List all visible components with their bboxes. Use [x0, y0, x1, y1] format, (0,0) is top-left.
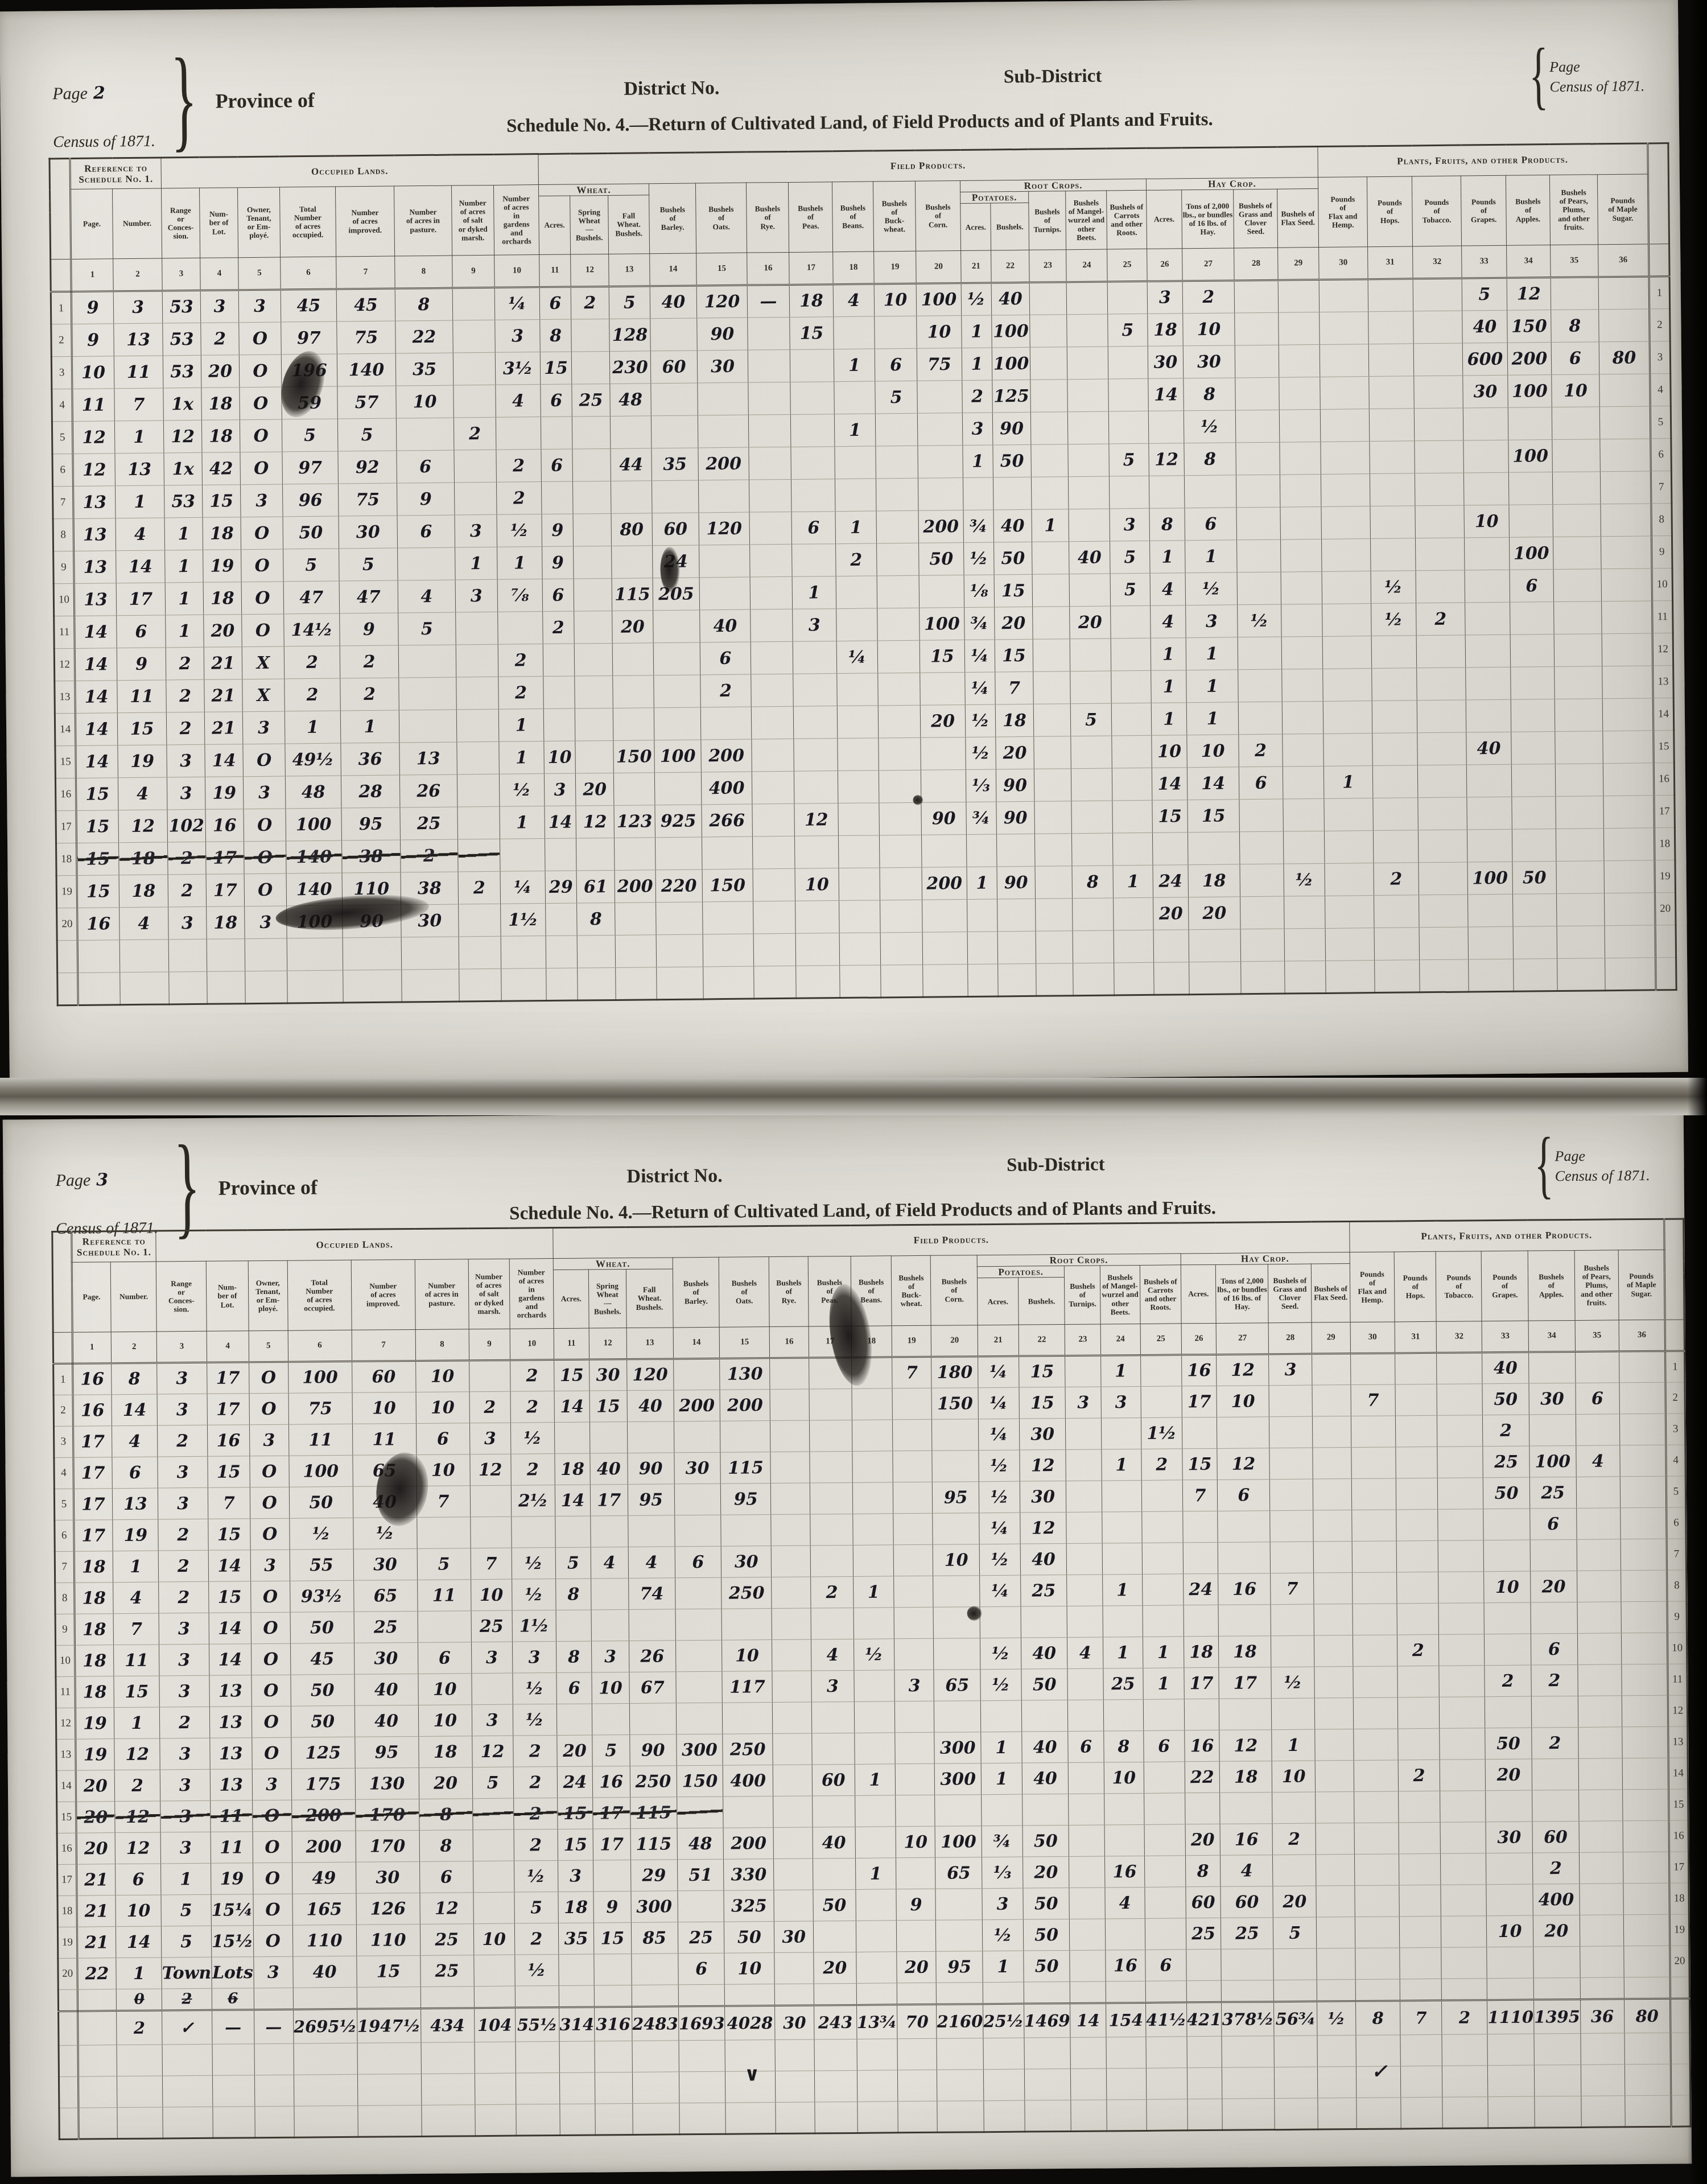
- data-cell: 2: [458, 871, 501, 904]
- data-cell: 97: [282, 451, 339, 484]
- data-cell: [813, 1795, 855, 1827]
- data-cell: [921, 835, 967, 868]
- data-cell: 2: [469, 1391, 510, 1423]
- empty-cell: [1326, 961, 1375, 994]
- data-cell: ½: [980, 1669, 1021, 1701]
- data-cell: 1: [981, 1763, 1022, 1795]
- data-cell: [1486, 1853, 1533, 1885]
- data-cell: [654, 675, 701, 708]
- data-cell: 7: [1182, 1480, 1218, 1511]
- data-cell: 3: [160, 1832, 211, 1864]
- data-cell: 30: [354, 1642, 418, 1674]
- data-cell: [774, 1952, 814, 1984]
- data-cell: [1439, 1697, 1485, 1729]
- page-seam: [0, 1078, 1707, 1115]
- data-cell: [1351, 1447, 1396, 1479]
- row-number: 15: [1669, 1789, 1688, 1820]
- total-cell: 434: [420, 2008, 475, 2043]
- data-cell: [1556, 861, 1605, 894]
- data-cell: [1441, 1853, 1486, 1885]
- data-cell: 11: [211, 1832, 253, 1864]
- data-cell: 200: [615, 870, 656, 903]
- column-number-1: 1: [71, 259, 114, 292]
- data-cell: [1101, 1417, 1141, 1449]
- data-cell: 1: [792, 576, 836, 609]
- data-cell: [1463, 440, 1509, 473]
- data-cell: 1: [1186, 637, 1238, 670]
- data-cell: [472, 1798, 513, 1830]
- data-cell: 20: [419, 1767, 473, 1799]
- empty-cell: [1487, 2034, 1534, 2066]
- data-cell: 200: [292, 1831, 356, 1862]
- data-cell: 2: [166, 679, 205, 712]
- data-cell: [1553, 504, 1601, 537]
- ink-blot: [913, 795, 923, 805]
- scribble-cell: [774, 1984, 814, 2006]
- data-cell: [852, 1482, 893, 1514]
- empty-cell: [937, 2101, 984, 2133]
- data-cell: 65: [935, 1857, 982, 1889]
- data-cell: [1221, 1949, 1273, 1981]
- data-cell: [399, 677, 457, 710]
- corner-page-label: Page: [1555, 1148, 1585, 1164]
- column-header-24: Bushels of Mangel- wurzel and other Beet…: [1100, 1265, 1140, 1324]
- data-cell: [1102, 1480, 1142, 1512]
- data-cell: 1: [497, 547, 543, 580]
- data-cell: ½: [1185, 572, 1238, 605]
- data-cell: ¾: [982, 1826, 1022, 1857]
- data-cell: [917, 413, 963, 446]
- data-cell: [1317, 1948, 1355, 1980]
- empty-cell: [616, 967, 657, 1000]
- data-cell: 3: [157, 1394, 207, 1425]
- data-cell: 9: [896, 1889, 935, 1921]
- data-cell: 5: [875, 381, 918, 414]
- data-cell: [1279, 410, 1321, 443]
- column-header-page: Page.: [70, 189, 113, 259]
- data-cell: 10: [917, 316, 962, 349]
- column-header-32: Pounds of Tobacco.: [1436, 1251, 1482, 1322]
- data-cell: [934, 1638, 980, 1670]
- data-cell: [1622, 1726, 1669, 1758]
- data-cell: O: [252, 1737, 291, 1769]
- data-cell: [1554, 601, 1602, 634]
- data-cell: [556, 1610, 591, 1641]
- province-label: Province of: [218, 1175, 318, 1200]
- data-cell: [1144, 1824, 1185, 1856]
- data-cell: 3: [982, 1888, 1023, 1920]
- empty-cell: [1106, 2037, 1147, 2068]
- data-cell: [454, 450, 497, 483]
- empty-cell: [1605, 958, 1656, 991]
- row-number: 6: [1667, 1507, 1686, 1539]
- data-cell: [1145, 1887, 1186, 1919]
- data-cell: 15: [1188, 800, 1240, 833]
- data-cell: [1273, 1948, 1317, 1980]
- data-cell: [1578, 1790, 1623, 1822]
- data-cell: [1235, 410, 1280, 443]
- data-cell: 3½: [495, 352, 541, 385]
- data-cell: 18: [203, 582, 242, 615]
- data-cell: [1142, 1543, 1183, 1575]
- data-cell: 15: [76, 810, 119, 843]
- total-cell: —: [254, 2009, 293, 2044]
- data-cell: [1269, 1416, 1313, 1448]
- column-number-21: 21: [961, 250, 992, 283]
- data-cell: [571, 351, 610, 384]
- empty-cell: [881, 965, 923, 998]
- data-cell: 50: [1021, 1669, 1068, 1701]
- data-cell: 1x: [164, 452, 203, 485]
- data-cell: 5: [161, 1894, 211, 1926]
- data-cell: [794, 739, 838, 772]
- column-header-13: Fall Wheat. Bushels.: [626, 1269, 673, 1328]
- data-cell: 80: [611, 513, 653, 546]
- data-cell: 16: [205, 809, 244, 842]
- data-cell: O: [252, 1800, 291, 1832]
- data-cell: [814, 1921, 856, 1952]
- data-cell: 21: [204, 647, 242, 680]
- data-cell: 40: [354, 1674, 418, 1705]
- data-cell: 100: [992, 315, 1030, 348]
- data-cell: [722, 1609, 772, 1641]
- data-cell: 18: [1188, 864, 1240, 897]
- row-number: 15: [57, 1802, 76, 1833]
- data-cell: 25: [1483, 1446, 1529, 1478]
- data-cell: [572, 448, 611, 481]
- data-cell: 35: [395, 353, 453, 386]
- data-cell: [453, 352, 496, 385]
- data-cell: 3: [167, 744, 205, 777]
- row-number: 14: [56, 1770, 76, 1802]
- data-cell: [753, 868, 795, 901]
- data-cell: 10: [724, 1953, 774, 1985]
- scribble-cell: [1317, 1980, 1356, 2002]
- empty-cell: [968, 964, 999, 997]
- data-cell: 18: [789, 285, 834, 318]
- column-header-19: Bushels of Buck- wheat.: [892, 1255, 931, 1326]
- data-cell: [932, 1419, 979, 1451]
- data-cell: [1487, 1947, 1533, 1979]
- data-cell: 18: [75, 1614, 114, 1646]
- data-cell: 250: [630, 1766, 677, 1798]
- column-header-15: Bushels of Oats.: [695, 183, 747, 253]
- data-cell: [1623, 1914, 1670, 1946]
- data-cell: [793, 674, 838, 707]
- data-cell: 6: [1531, 1633, 1577, 1665]
- data-cell: 3: [558, 1860, 593, 1892]
- empty-cell: [559, 2041, 595, 2072]
- data-cell: 12: [1020, 1450, 1066, 1482]
- row-number: 12: [1668, 1695, 1687, 1726]
- empty-cell: [898, 2101, 937, 2133]
- data-cell: [613, 675, 654, 708]
- scribble-cell: [814, 1983, 856, 2005]
- data-cell: 6: [397, 515, 455, 548]
- data-cell: 3: [811, 1670, 854, 1702]
- data-cell: 15: [593, 1923, 631, 1955]
- data-cell: [1313, 1416, 1351, 1448]
- data-cell: 20: [996, 736, 1034, 769]
- data-cell: [1441, 1916, 1486, 1948]
- data-cell: [1441, 1885, 1486, 1917]
- data-cell: 1: [835, 511, 877, 544]
- data-cell: 96: [282, 484, 339, 517]
- data-cell: 2: [496, 482, 542, 515]
- data-cell: [749, 447, 791, 480]
- empty-cell: [1274, 2035, 1317, 2067]
- empty-cell: [998, 963, 1037, 996]
- scribble-cell: [983, 1982, 1024, 2004]
- data-cell: [1071, 833, 1113, 866]
- data-cell: O: [249, 1393, 288, 1425]
- data-cell: [1111, 703, 1152, 736]
- empty-cell: [1036, 963, 1074, 996]
- data-cell: [1512, 829, 1556, 862]
- data-cell: 30: [774, 1921, 814, 1953]
- column-number-20: 20: [931, 1325, 978, 1357]
- column-header-24: Bushels of Mangel- wurzel and other Beet…: [1066, 191, 1107, 250]
- data-cell: 20: [204, 615, 242, 648]
- data-cell: [1279, 377, 1321, 410]
- data-cell: 2: [1398, 1759, 1440, 1791]
- data-cell: [1556, 829, 1604, 862]
- right-gutter: [1656, 958, 1677, 990]
- data-cell: [794, 836, 839, 869]
- group-reference: Reference to Schedule No. 1.: [70, 158, 162, 189]
- data-cell: 10: [473, 1923, 514, 1955]
- data-cell: 120: [696, 285, 748, 318]
- data-cell: [1400, 1947, 1441, 1979]
- total-cell: 1693: [678, 2006, 725, 2041]
- data-cell: 16: [1181, 1354, 1217, 1386]
- data-cell: 11: [117, 680, 167, 713]
- data-cell: 12: [163, 420, 202, 453]
- data-cell: 1: [1185, 540, 1238, 573]
- data-cell: 35: [652, 448, 699, 481]
- data-cell: [770, 1420, 810, 1452]
- column-number-34: 34: [1528, 1321, 1575, 1353]
- empty-cell: [1106, 2068, 1147, 2100]
- check-mark: ∨: [744, 2063, 760, 2086]
- data-cell: O: [244, 873, 287, 906]
- data-cell: ¼: [980, 1575, 1021, 1607]
- data-cell: [1599, 406, 1651, 439]
- data-cell: 25: [420, 1924, 474, 1956]
- data-cell: [1030, 315, 1067, 348]
- empty-cell: [703, 966, 754, 999]
- data-cell: [1351, 1478, 1396, 1510]
- data-cell: [474, 1955, 515, 1987]
- right-gutter: [1648, 143, 1669, 244]
- data-cell: [1368, 344, 1414, 377]
- data-cell: [1579, 1821, 1623, 1853]
- data-cell: [1034, 801, 1072, 834]
- data-cell: [792, 544, 836, 577]
- column-header-number: Number.: [112, 188, 162, 259]
- empty-cell: [922, 932, 968, 965]
- data-cell: 1: [114, 1707, 160, 1739]
- data-cell: 17: [206, 842, 245, 875]
- data-cell: 21: [204, 712, 243, 745]
- data-cell: [1486, 1884, 1533, 1916]
- column-number-3: 3: [156, 1331, 207, 1363]
- data-cell: 3: [158, 1487, 208, 1519]
- row-number: 19: [1670, 1914, 1689, 1946]
- data-cell: [1067, 1543, 1103, 1575]
- data-cell: 50: [283, 516, 339, 549]
- data-cell: 20: [1022, 1857, 1069, 1889]
- column-header-8: Number of acres in pasture.: [394, 186, 452, 256]
- empty-cell: [1442, 2034, 1487, 2066]
- data-cell: 102: [167, 809, 206, 842]
- data-cell: [1281, 636, 1323, 669]
- data-cell: 10: [116, 1895, 161, 1927]
- data-cell: [932, 1450, 979, 1482]
- data-cell: [772, 1608, 811, 1640]
- data-cell: 36: [341, 743, 400, 776]
- data-cell: 2: [160, 1707, 210, 1738]
- data-cell: [612, 643, 654, 676]
- data-cell: 110: [292, 1925, 356, 1956]
- data-cell: [1438, 1509, 1483, 1541]
- scribble-cell: [357, 1987, 420, 2009]
- data-cell: [654, 707, 701, 740]
- data-cell: [1021, 1606, 1067, 1638]
- data-cell: [1603, 763, 1654, 796]
- data-cell: 8: [556, 1579, 591, 1610]
- empty-cell: [1073, 963, 1115, 996]
- empty-cell: [1275, 2098, 1318, 2130]
- data-cell: [1108, 411, 1149, 444]
- data-cell: [418, 1611, 472, 1643]
- column-number-10: 10: [494, 255, 540, 288]
- data-cell: 1: [1323, 766, 1373, 799]
- data-cell: [1413, 311, 1463, 344]
- data-cell: 3: [159, 1644, 209, 1676]
- data-cell: [880, 900, 923, 933]
- column-number-12: 12: [571, 254, 609, 287]
- empty-cell: [1625, 2095, 1672, 2127]
- data-cell: [1531, 1696, 1578, 1728]
- column-number-1: 1: [72, 1332, 112, 1364]
- data-cell: [751, 641, 793, 674]
- row-number: 7: [53, 487, 74, 519]
- total-cell: 1469: [1024, 2004, 1070, 2038]
- empty-cell: [983, 2038, 1024, 2070]
- empty-cell: [937, 2070, 984, 2101]
- empty-cell: [343, 937, 402, 970]
- data-cell: 20: [1153, 897, 1189, 930]
- data-cell: [1030, 347, 1067, 380]
- empty-cell: [1187, 2067, 1222, 2099]
- column-number-26: 26: [1181, 1323, 1217, 1354]
- data-cell: 12: [118, 810, 168, 843]
- data-cell: [1396, 1509, 1438, 1541]
- row-number: 6: [52, 454, 73, 487]
- data-cell: [854, 1701, 895, 1733]
- data-cell: 53: [162, 290, 201, 323]
- data-cell: [1234, 280, 1279, 313]
- data-cell: [615, 903, 657, 936]
- empty-cell: [897, 2038, 937, 2070]
- data-cell: 35: [559, 1923, 594, 1954]
- data-cell: 8: [556, 1641, 592, 1672]
- data-cell: [752, 803, 795, 836]
- data-cell: [963, 477, 993, 510]
- data-cell: 19: [113, 1519, 158, 1551]
- column-header-number: Number.: [111, 1262, 157, 1332]
- data-cell: [1578, 1696, 1622, 1728]
- data-cell: 5: [1108, 314, 1148, 347]
- data-cell: 6: [1218, 1480, 1270, 1511]
- empty-cell: [546, 968, 578, 1001]
- column-number-31: 31: [1368, 246, 1413, 279]
- data-cell: 10: [352, 1392, 416, 1424]
- data-cell: 3: [168, 906, 207, 939]
- data-cell: ½: [965, 704, 996, 737]
- data-cell: 20: [814, 1952, 856, 1984]
- data-cell: [748, 382, 791, 415]
- data-cell: [698, 480, 749, 513]
- empty-cell: [1400, 2034, 1442, 2066]
- data-cell: [1355, 1885, 1400, 1917]
- data-cell: [573, 513, 612, 546]
- column-header-27: Tons of 2,000 lbs., or bundles of 16 lbs…: [1216, 1264, 1269, 1324]
- data-cell: [1186, 1949, 1221, 1980]
- data-cell: [1314, 1667, 1353, 1699]
- data-cell: 25: [471, 1610, 512, 1642]
- data-cell: 95: [721, 1484, 771, 1515]
- data-cell: O: [239, 322, 282, 355]
- empty-cell: [421, 2074, 475, 2105]
- data-cell: [1370, 473, 1415, 506]
- empty-cell: [754, 966, 797, 999]
- data-cell: [1235, 312, 1279, 345]
- data-cell: 14: [76, 745, 118, 778]
- total-cell: 7: [1400, 2000, 1442, 2035]
- data-cell: [1148, 411, 1184, 444]
- data-cell: [473, 1829, 514, 1861]
- data-cell: ½: [514, 1955, 559, 1987]
- data-cell: [1321, 474, 1370, 507]
- data-cell: 1: [499, 741, 545, 774]
- data-cell: 1: [500, 806, 545, 839]
- data-cell: 6: [539, 287, 571, 320]
- data-cell: [1321, 506, 1371, 539]
- data-cell: [1313, 1448, 1351, 1480]
- data-cell: [1323, 734, 1373, 767]
- data-cell: [1219, 1699, 1272, 1730]
- data-cell: 8: [1184, 443, 1236, 476]
- data-cell: 2: [166, 647, 204, 680]
- data-cell: [835, 446, 876, 479]
- data-cell: 2: [1485, 1665, 1531, 1697]
- data-cell: 100: [1529, 1445, 1576, 1477]
- data-cell: 8: [1185, 1855, 1221, 1886]
- data-cell: [1022, 1794, 1069, 1826]
- column-number-20: 20: [916, 251, 962, 284]
- data-cell: [1144, 1762, 1185, 1794]
- data-cell: [1601, 568, 1652, 601]
- data-cell: [810, 1482, 853, 1514]
- data-cell: [809, 1388, 852, 1420]
- data-cell: [1278, 280, 1320, 313]
- scribble-cell: [1441, 1979, 1487, 2001]
- data-cell: [1030, 380, 1068, 413]
- data-cell: [1284, 896, 1326, 929]
- data-cell: [877, 640, 920, 673]
